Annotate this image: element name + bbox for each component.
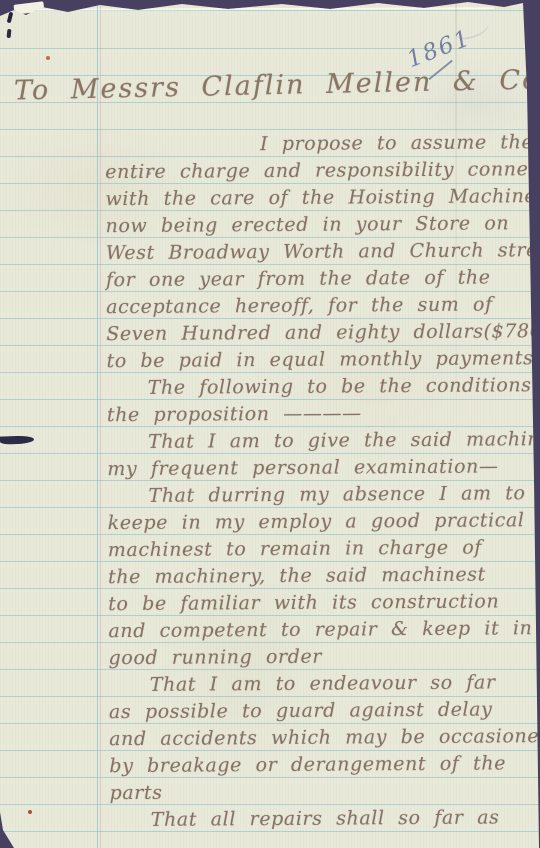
manuscript-line: That I am to give the said machinery	[148, 428, 540, 453]
manuscript-line: to be familiar with its construction	[108, 590, 499, 615]
manuscript-line: the machinery, the said machinest	[108, 563, 486, 588]
manuscript-body: I propose to assume theentire charge and…	[0, 0, 540, 848]
manuscript-line: Seven Hundred and eighty dollars($780,00…	[106, 320, 540, 345]
scan-background: 1861 To Messrs Claflin Mellen & Co I pro…	[0, 0, 540, 848]
manuscript-line: acceptance hereoff, for the sum of	[106, 293, 493, 318]
manuscript-line: machinest to remain in charge of	[108, 537, 482, 562]
manuscript-line: by breakage or derangement of the	[109, 752, 506, 777]
manuscript-line: and accidents which may be occasioned	[109, 725, 540, 750]
manuscript-line: to be paid in equal monthly payments.—	[106, 347, 540, 372]
manuscript-line: and competent to repair & keep it in	[108, 617, 532, 642]
manuscript-line: my frequent personal examination—	[107, 455, 498, 480]
manuscript-line: for one year from the date of the	[106, 266, 491, 291]
letter-page: 1861 To Messrs Claflin Mellen & Co I pro…	[0, 0, 540, 848]
manuscript-line: That all repairs shall so far as	[151, 806, 500, 830]
manuscript-line: entire charge and responsibility connect…	[105, 158, 540, 183]
rust-speck	[28, 810, 32, 814]
manuscript-line: now being erected in your Store on	[106, 212, 510, 237]
manuscript-line: That I am to endeavour so far	[150, 671, 496, 695]
manuscript-line: West Broadway Worth and Church streets	[106, 239, 540, 264]
rust-speck	[46, 56, 50, 60]
manuscript-line: parts	[109, 782, 162, 804]
manuscript-line: with the care of the Hoisting Machinery	[105, 185, 540, 210]
manuscript-line: good running order	[109, 646, 323, 669]
ink-speck	[148, 172, 151, 175]
manuscript-line: keepe in my employ a good practical	[108, 509, 525, 534]
manuscript-line: as possible to guard against delay	[109, 698, 493, 723]
manuscript-line: I propose to assume the	[260, 131, 533, 155]
manuscript-line: The following to be the conditions of	[148, 374, 540, 399]
manuscript-line: That durring my absence I am to	[148, 482, 525, 507]
manuscript-line: the proposition ————	[107, 402, 362, 426]
